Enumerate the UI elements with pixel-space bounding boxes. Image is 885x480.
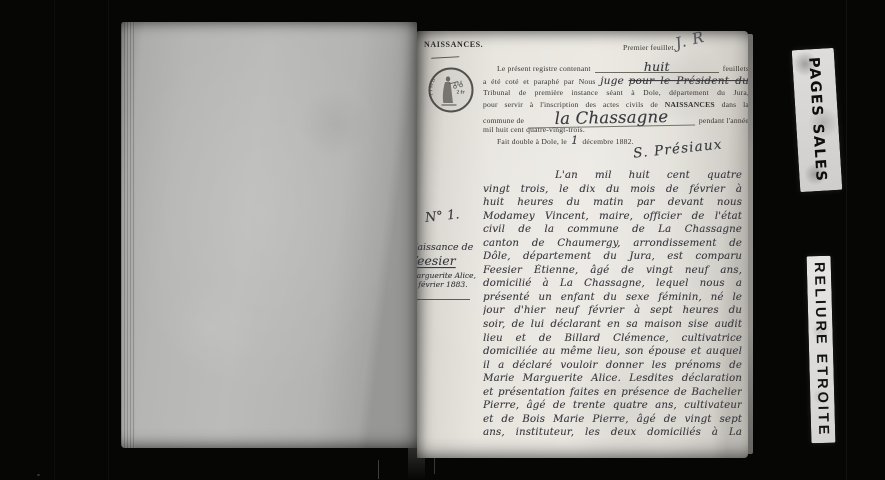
page-fore-edge <box>748 34 753 454</box>
section-title: NAISSANCES. <box>424 40 483 49</box>
film-seam <box>108 0 109 480</box>
film-scratch <box>434 458 435 474</box>
act-text-line: lieu et de Billard Clémence, cultivatric… <box>483 332 742 346</box>
margin-line: 9 février 1883. <box>417 280 467 289</box>
form-line-1: Le présent registre contenant huit feuil… <box>497 61 748 73</box>
folio-paraph: J. R <box>673 31 706 52</box>
archival-label-reliure-etroite: RELIURE ETROITE <box>807 256 836 444</box>
act-text-line: ans, instituteur, les deux domiciliés à … <box>483 426 742 440</box>
film-speck <box>37 474 40 476</box>
judge-signature: S. Présiaux <box>632 136 723 161</box>
act-text-line: Dôle, département du Jura, est comparu <box>483 250 742 264</box>
act-text-line: Pierre, âgé de trente quatre ans, cultiv… <box>483 399 742 413</box>
archival-label-text: RELIURE ETROITE <box>807 256 836 444</box>
handwritten-day: 1 <box>571 134 578 147</box>
act-text-line: vingt trois, le dix du mois de février à <box>483 183 742 197</box>
act-handwritten-text: L'an mil huit cent quatre vingt trois, l… <box>483 169 742 440</box>
film-seam <box>54 0 55 480</box>
margin-line: Marguerite Alice, <box>417 271 476 280</box>
form-line-3: Tribunal de première instance séant à Do… <box>483 88 748 97</box>
act-text-line: il a déclaré vouloir donner les prénoms … <box>483 359 742 373</box>
act-text-line: Feesier Étienne, âgé de vingt neuf ans, … <box>483 264 742 278</box>
printed-text: dans la <box>722 100 748 109</box>
act-text-line: soir, de lui déclarant en sa maison sise… <box>483 318 742 332</box>
act-text-line: Modamey Vincent, maire, officier de l'ét… <box>483 210 742 224</box>
handwritten-insertion: juge <box>600 75 624 87</box>
act-text-line: L'an mil huit cent quatre <box>555 169 742 183</box>
act-text-line: et présentation faites en présence de Ba… <box>483 386 742 400</box>
printed-text: Fait double à Dole, le <box>497 137 567 146</box>
act-text-line: Marie Marguerite Alice. Lesdites déclara… <box>483 372 742 386</box>
form-line-2: a été coté et paraphé par Nous juge pour… <box>483 75 748 87</box>
left-blank-page <box>121 22 417 448</box>
struck-handwriting: pour le Président du <box>629 75 748 87</box>
form-line-6: mil huit cent quatre-vingt-trois. <box>483 125 748 134</box>
act-number: N° 1. <box>424 207 460 226</box>
act-text-line: canton de Chaumergy, arrondissement de <box>483 237 742 251</box>
printed-text: feuillets <box>723 64 748 73</box>
printed-text: Le présent registre contenant <box>497 64 591 73</box>
form-line-7: Fait double à Dole, le 1 décembre 1882. <box>497 134 634 147</box>
film-scratch <box>378 460 379 479</box>
act-text-line: jour d'hier neuf février à sept heures d… <box>483 304 742 318</box>
revenue-stamp-icon: TIMBRE 2 fr <box>427 66 475 114</box>
act-text-line: civil de la commune de La Chassagne <box>483 223 742 237</box>
printed-text: commune de <box>483 116 524 125</box>
act-text-line: et de Bois Marie Pierre, âgé de vingt se… <box>483 413 742 427</box>
margin-line: Naissance de <box>417 242 473 253</box>
ink-flourish <box>431 52 462 58</box>
printed-text: a été coté et paraphé par Nous <box>483 77 596 86</box>
act-text-line: présenté un enfant du sexe féminin, né l… <box>483 291 742 305</box>
act-text-line: huit heures du matin par devant nous <box>483 196 742 210</box>
margin-surname: Feesier <box>417 253 456 268</box>
printed-text: pendant l'année <box>699 116 748 125</box>
act-text-line: domicilié à La Chassagne, lequel nous a <box>483 277 742 291</box>
archival-label-text: PAGES SALES <box>792 48 843 192</box>
printed-text: décembre 1882. <box>582 137 633 146</box>
microfilm-scan: NAISSANCES. TIMBRE 2 fr Premier feuillet… <box>0 0 885 480</box>
folio-note: Premier feuillet. <box>623 43 676 52</box>
register-recto-page: NAISSANCES. TIMBRE 2 fr Premier feuillet… <box>417 31 748 458</box>
act-text-line: domiciliée au même lieu, son épouse et a… <box>483 345 742 359</box>
svg-text:2 fr: 2 fr <box>457 90 466 96</box>
film-seam <box>846 0 847 480</box>
archival-label-pages-sales: PAGES SALES <box>792 48 843 192</box>
margin-rule <box>417 299 470 300</box>
handwritten-fill: huit <box>595 61 719 73</box>
